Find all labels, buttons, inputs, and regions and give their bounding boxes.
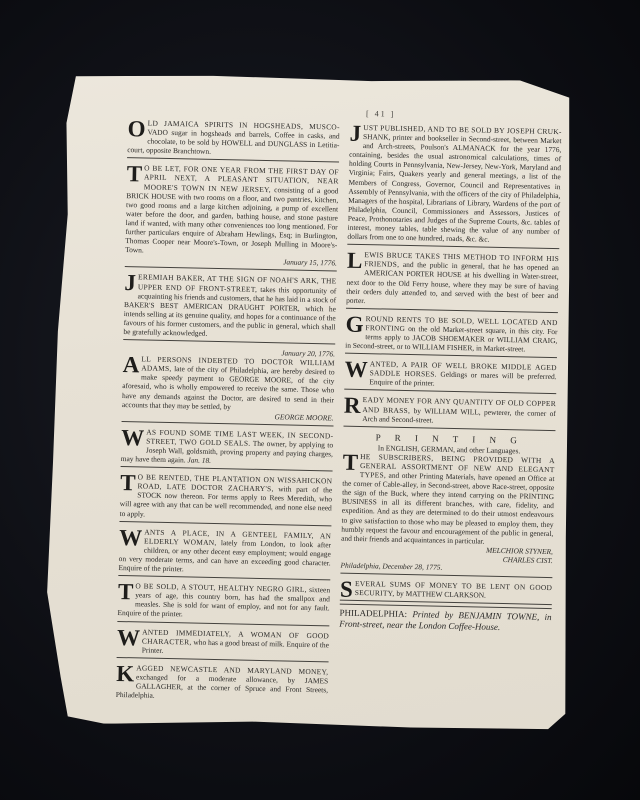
- ad-gold-seals: W AS found some time last week, in Secon…: [121, 425, 334, 472]
- drop-cap: W: [119, 528, 142, 548]
- ad-doctor-adams: January 20, 1776. A LL persons indebted …: [122, 343, 336, 426]
- ad-jamaica-spirits: O LD JAMAICA SPIRITS in hogsheads, MUSCO…: [127, 116, 340, 163]
- ad-ragged-money: K AGGED NEWCASTLE and MARYLAND MONEY, ex…: [116, 661, 329, 707]
- ad-body: VADO sugar in hogsheads and barrels, Cof…: [127, 128, 340, 157]
- drop-cap: W: [344, 360, 367, 380]
- drop-cap: T: [127, 164, 143, 184]
- drop-cap: G: [345, 314, 363, 334]
- ad-ground-rents: G ROUND RENTS to be SOLD, well located a…: [345, 311, 558, 358]
- ad-wanted-woman: W ANTED immediately, a WOMAN of good cha…: [117, 624, 330, 662]
- left-column: O LD JAMAICA SPIRITS in hogsheads, MUSCO…: [116, 116, 340, 709]
- drop-cap: O: [127, 119, 145, 139]
- ad-lewis-bruce: L EWIS BRUCE takes this method to inform…: [346, 248, 559, 313]
- ad-date: January 15, 1776.: [125, 254, 337, 268]
- ad-ready-money: R EADY MONEY for any quantity of OLD COP…: [343, 393, 556, 431]
- drop-cap: L: [347, 251, 363, 271]
- drop-cap: J: [349, 124, 361, 144]
- imprint-city: PHILADELPHIA:: [339, 608, 407, 619]
- drop-cap: K: [116, 664, 134, 684]
- ad-body: exchanged for a moderate allowance, by J…: [116, 672, 329, 700]
- ad-printing: P R I N T I N G In ENGLISH, GERMAN, and …: [340, 429, 555, 578]
- ad-body: SHANK, printer and bookseller in Second-…: [347, 132, 561, 244]
- drop-cap: S: [340, 580, 353, 600]
- newspaper-page: [ 41 ] O LD JAMAICA SPIRITS in hogsheads…: [41, 71, 583, 734]
- ad-body: consisting of a good BRICK HOUSE with tw…: [125, 185, 338, 255]
- ad-almanack: J UST published, and to be sold by JOSEP…: [347, 121, 562, 250]
- drop-cap: W: [117, 627, 140, 647]
- drop-cap: A: [123, 355, 140, 375]
- page-number: [ 41 ]: [366, 109, 396, 119]
- ad-wanted-horses: W ANTED, a pair of well broke middle age…: [344, 357, 557, 395]
- drop-cap: T: [120, 473, 136, 493]
- ad-body: and other Printing Materials, have opene…: [341, 471, 554, 546]
- drop-cap: T: [118, 582, 134, 602]
- drop-cap: R: [344, 396, 361, 416]
- imprint: PHILADELPHIA: Printed by BENJAMIN TOWNE,…: [339, 604, 551, 634]
- ad-date: Jan. 18.: [187, 455, 211, 464]
- ad-jeremiah-baker: J EREMIAH BAKER, at the sign of Noah's A…: [123, 270, 336, 344]
- ad-several-sums: S EVERAL SUMS of MONEY to be lent on goo…: [340, 577, 552, 606]
- drop-cap: T: [343, 453, 359, 473]
- right-column: J UST published, and to be sold by JOSEP…: [339, 121, 562, 635]
- ad-body: by MATTHEW CLARKSON.: [396, 589, 486, 600]
- drop-cap: W: [121, 428, 144, 448]
- ad-wants-place: W ANTS a place, in a genteel family, an …: [118, 525, 331, 581]
- drop-cap: J: [124, 273, 136, 293]
- ad-body: takes this opportunity of acquainting hi…: [123, 284, 336, 337]
- ad-plantation: T O be RENTED, the PLANTATION on Wissahi…: [119, 470, 332, 526]
- ad-to-be-sold: T O be SOLD, a stout, healthy NEGRO GIRL…: [117, 579, 330, 626]
- ad-to-let: T O be LET, for one year from the first …: [125, 161, 339, 271]
